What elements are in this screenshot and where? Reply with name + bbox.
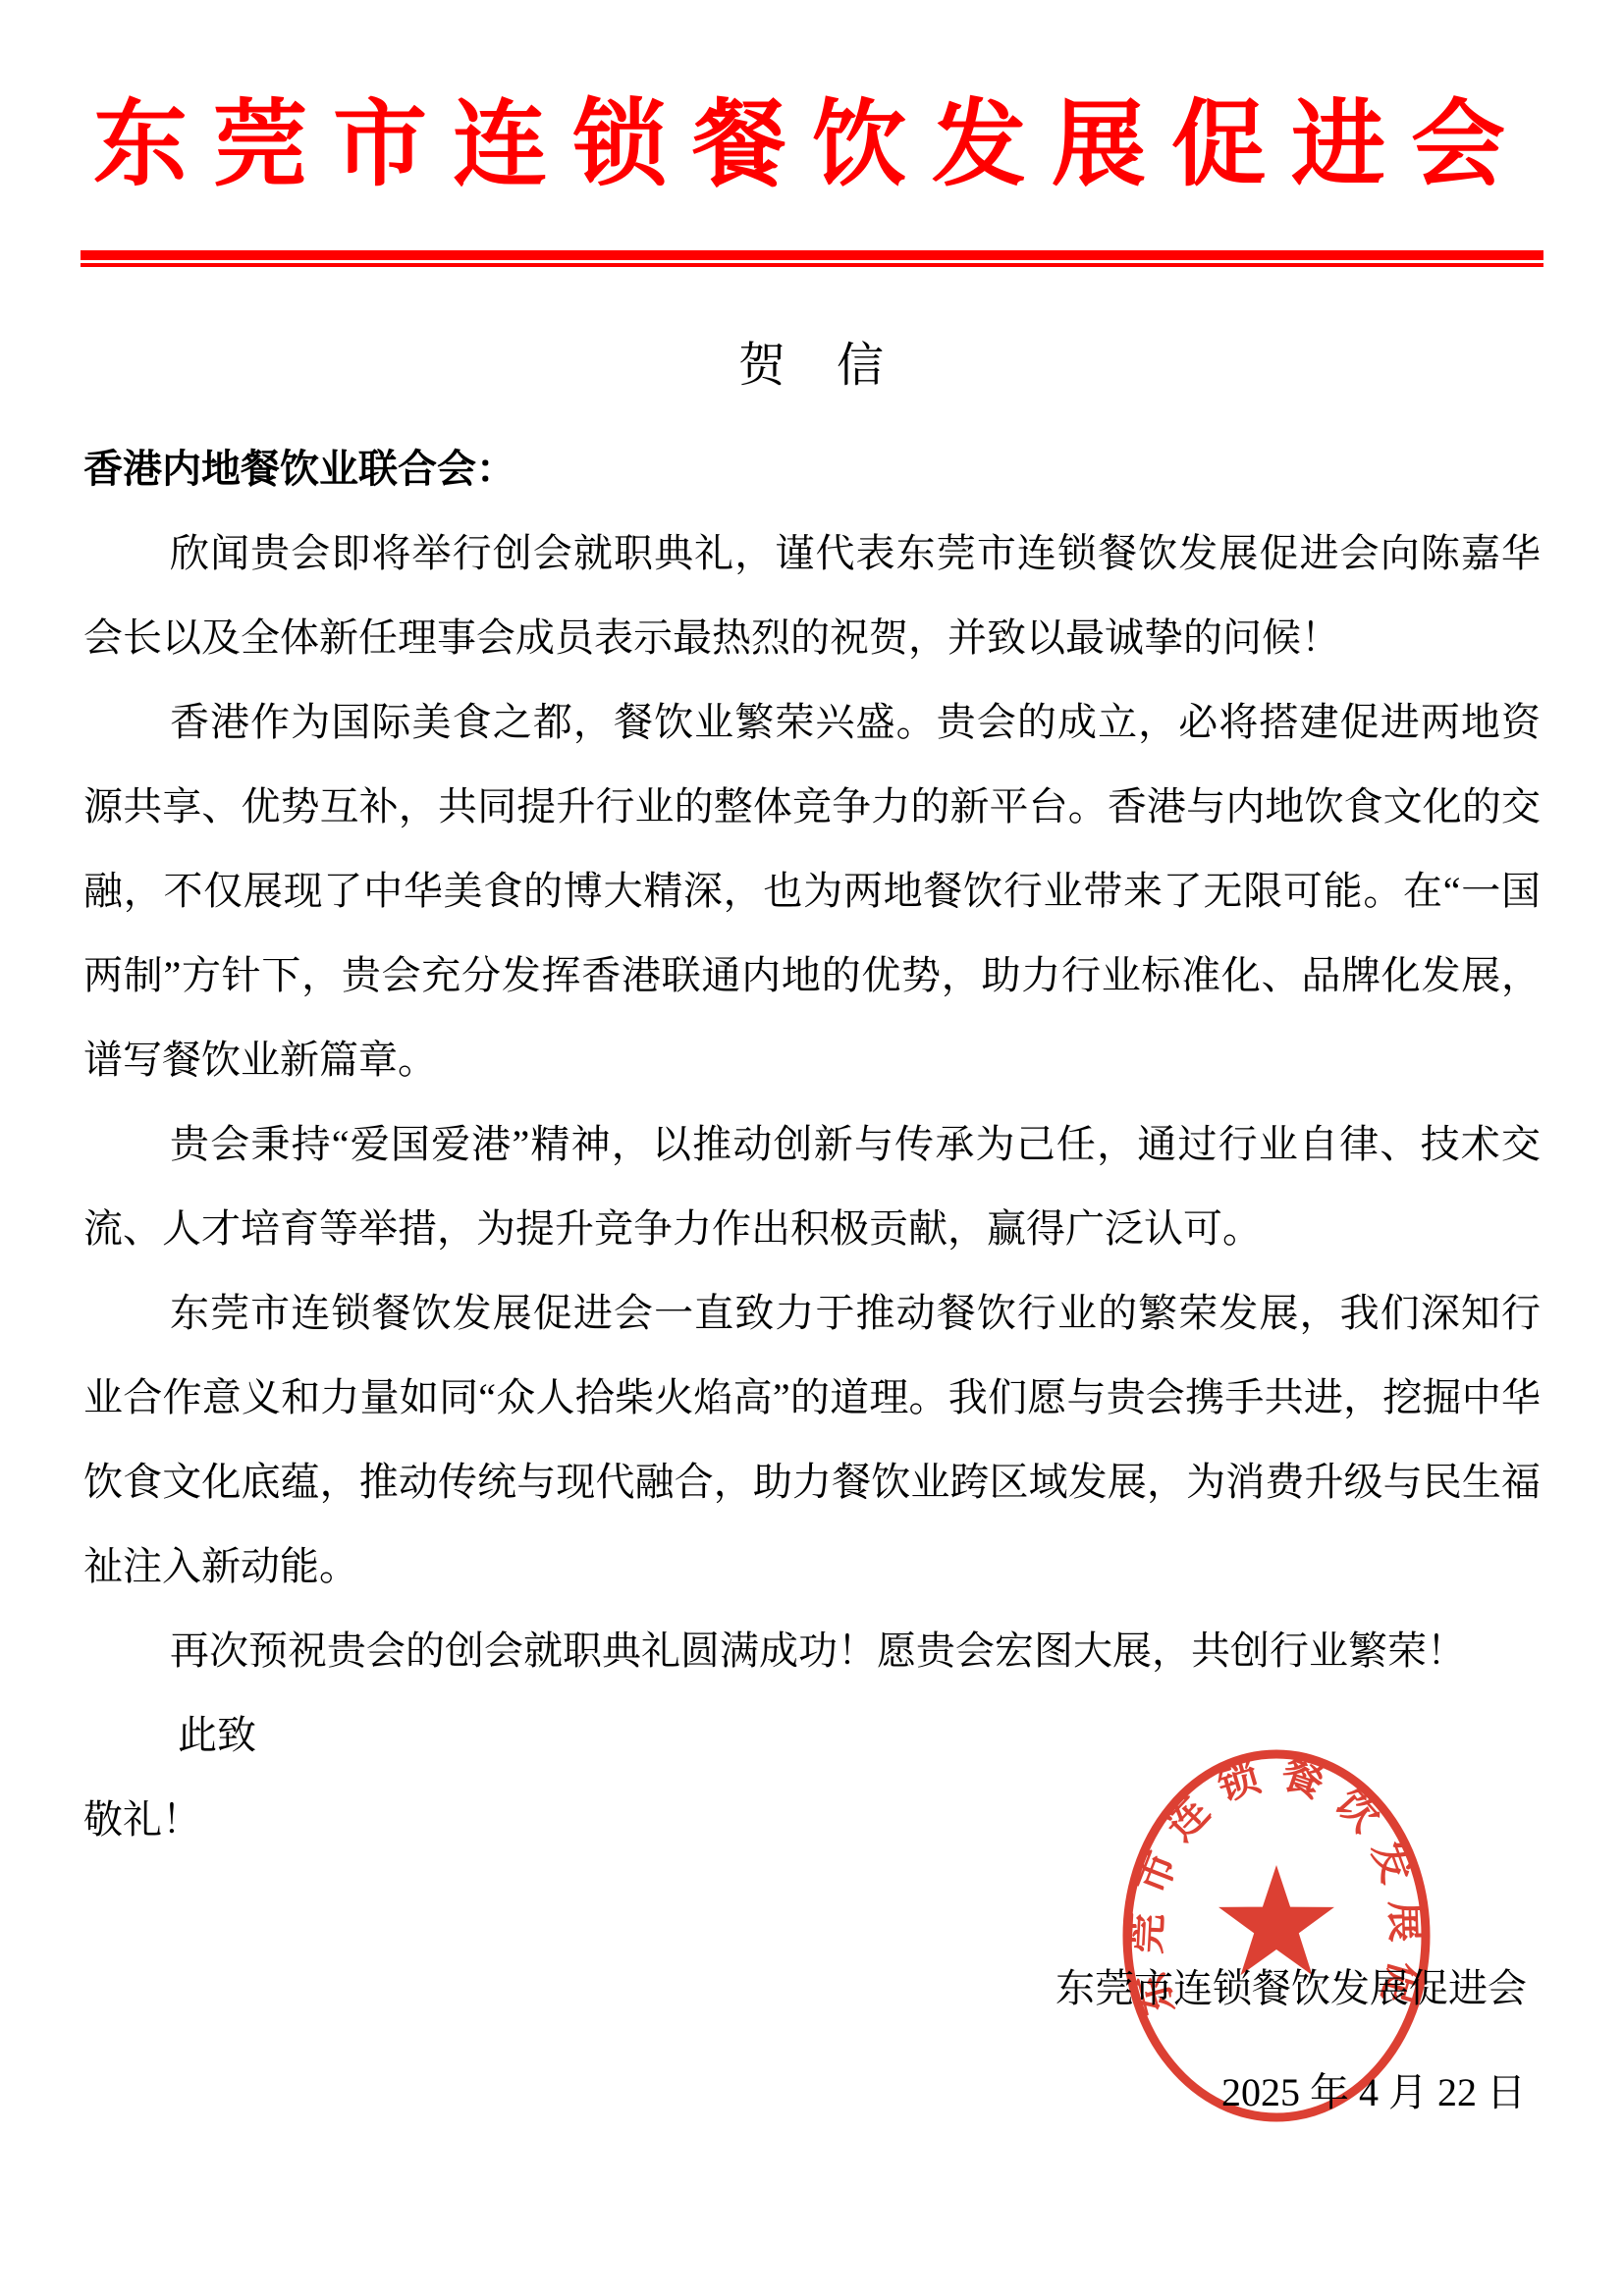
signature-org-name: 东莞市连锁餐饮发展促进会	[1056, 1965, 1527, 2012]
body-paragraph: 东莞市连锁餐饮发展促进会一直致力于推动餐饮行业的繁荣发展，我们深知行业合作意义和…	[83, 1271, 1541, 1609]
body-paragraph: 欣闻贵会即将举行创会就职典礼，谨代表东莞市连锁餐饮发展促进会向陈嘉华会长以及全体…	[83, 511, 1541, 680]
salutation: 香港内地餐饮业联合会：	[83, 427, 1541, 511]
letterhead-title: 东莞市连锁餐饮发展促进会	[0, 93, 1624, 197]
letter-title: 贺 信	[0, 339, 1624, 393]
body-paragraph: 再次预祝贵会的创会就职典礼圆满成功！愿贵会宏图大展，共创行业繁荣！	[83, 1609, 1541, 1693]
body-paragraph: 香港作为国际美食之都，餐饮业繁荣兴盛。贵会的成立，必将搭建促进两地资源共享、优势…	[83, 680, 1541, 1102]
letter-body: 香港内地餐饮业联合会： 欣闻贵会即将举行创会就职典礼，谨代表东莞市连锁餐饮发展促…	[83, 427, 1541, 1862]
letterhead-rule-thick	[81, 250, 1543, 260]
letter-page: 东莞市连锁餐饮发展促进会 贺 信 香港内地餐饮业联合会： 欣闻贵会即将举行创会就…	[0, 0, 1624, 2296]
letter-date: 2025 年 4 月 22 日	[1221, 2069, 1526, 2116]
star-icon	[1218, 1865, 1334, 1975]
letterhead-rule-thin	[81, 263, 1543, 267]
paragraph-list: 欣闻贵会即将举行创会就职典礼，谨代表东莞市连锁餐饮发展促进会向陈嘉华会长以及全体…	[83, 511, 1541, 1693]
body-paragraph: 贵会秉持“爱国爱港”精神，以推动创新与传承为己任，通过行业自律、技术交流、人才培…	[83, 1102, 1541, 1271]
